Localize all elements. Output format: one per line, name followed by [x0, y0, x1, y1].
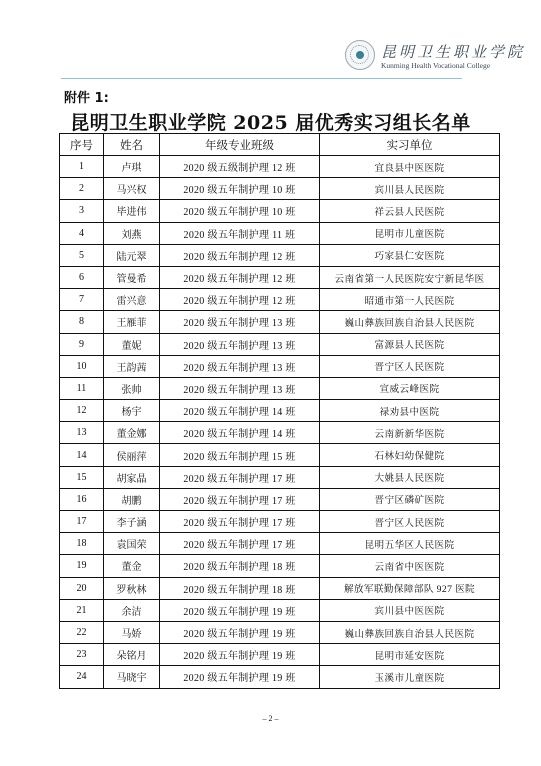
cell-class: 2020 级五年制护理 17 班 — [160, 466, 320, 488]
cell-number: 18 — [60, 533, 104, 555]
cell-unit: 巧家县仁安医院 — [320, 244, 500, 266]
table-row: 18袁国荣2020 级五年制护理 17 班昆明五华区人民医院 — [60, 533, 500, 555]
table-row: 19董金2020 级五年制护理 18 班云南省中医医院 — [60, 555, 500, 577]
cell-number: 17 — [60, 511, 104, 533]
cell-name: 管曼希 — [104, 266, 160, 288]
table-row: 7雷兴意2020 级五年制护理 12 班昭通市第一人民医院 — [60, 289, 500, 311]
table-row: 16胡鹏2020 级五年制护理 17 班晋宁区磷矿医院 — [60, 488, 500, 510]
cell-class: 2020 级五年制护理 17 班 — [160, 488, 320, 510]
cell-name: 王韵茜 — [104, 355, 160, 377]
cell-number: 21 — [60, 599, 104, 621]
cell-unit: 晋宁区人民医院 — [320, 355, 500, 377]
cell-unit: 禄劝县中医院 — [320, 400, 500, 422]
table-row: 10王韵茜2020 级五年制护理 13 班晋宁区人民医院 — [60, 355, 500, 377]
cell-name: 董金 — [104, 555, 160, 577]
cell-number: 8 — [60, 311, 104, 333]
cell-class: 2020 级五年制护理 12 班 — [160, 266, 320, 288]
cell-unit: 宾川县中医医院 — [320, 599, 500, 621]
cell-number: 1 — [60, 156, 104, 178]
table-row: 22马娇2020 级五年制护理 19 班巍山彝族回族自治县人民医院 — [60, 621, 500, 643]
cell-number: 23 — [60, 644, 104, 666]
attachment-label: 附件 1: — [64, 87, 109, 106]
table-row: 4刘燕2020 级五年制护理 11 班昆明市儿童医院 — [60, 222, 500, 244]
cell-number: 4 — [60, 222, 104, 244]
cell-name: 董妮 — [104, 333, 160, 355]
cell-name: 刘燕 — [104, 222, 160, 244]
leader-list-table: 序号 姓名 年级专业班级 实习单位 1卢琪2020 级五级制护理 12 班宜良县… — [59, 133, 500, 689]
cell-unit: 昭通市第一人民医院 — [320, 289, 500, 311]
cell-name: 侯丽萍 — [104, 444, 160, 466]
cell-unit: 昆明市延安医院 — [320, 644, 500, 666]
cell-name: 卢琪 — [104, 156, 160, 178]
table-row: 21余洁2020 级五年制护理 19 班宾川县中医医院 — [60, 599, 500, 621]
cell-name: 朵铭月 — [104, 644, 160, 666]
cell-name: 张帅 — [104, 377, 160, 399]
cell-number: 3 — [60, 200, 104, 222]
table-row: 23朵铭月2020 级五年制护理 19 班昆明市延安医院 — [60, 644, 500, 666]
cell-unit: 晋宁区人民医院 — [320, 511, 500, 533]
cell-name: 毕进伟 — [104, 200, 160, 222]
cell-unit: 巍山彝族回族自治县人民医院 — [320, 311, 500, 333]
cell-name: 胡鹏 — [104, 488, 160, 510]
college-logo: 昆明卫生职业学院 Kunming Health Vocational Colle… — [345, 40, 535, 76]
cell-number: 7 — [60, 289, 104, 311]
cell-unit: 云南省第一人民医院安宁新昆华医 — [320, 266, 500, 288]
cell-name: 马兴权 — [104, 178, 160, 200]
cell-number: 10 — [60, 355, 104, 377]
cell-name: 马晓宇 — [104, 666, 160, 688]
cell-unit: 祥云县人民医院 — [320, 200, 500, 222]
cell-class: 2020 级五年制护理 18 班 — [160, 577, 320, 599]
cell-name: 胡家晶 — [104, 466, 160, 488]
cell-number: 2 — [60, 178, 104, 200]
cell-unit: 晋宁区磷矿医院 — [320, 488, 500, 510]
table-row: 20罗秋林2020 级五年制护理 18 班解放军联勤保障部队 927 医院 — [60, 577, 500, 599]
cell-class: 2020 级五年制护理 19 班 — [160, 666, 320, 688]
cell-number: 15 — [60, 466, 104, 488]
cell-class: 2020 级五年制护理 17 班 — [160, 533, 320, 555]
cell-number: 5 — [60, 244, 104, 266]
column-header-number: 序号 — [60, 134, 104, 156]
cell-unit: 宜良县中医医院 — [320, 156, 500, 178]
table-row: 6管曼希2020 级五年制护理 12 班云南省第一人民医院安宁新昆华医 — [60, 266, 500, 288]
cell-name: 李子涵 — [104, 511, 160, 533]
cell-name: 余洁 — [104, 599, 160, 621]
page-number: – 2 – — [0, 714, 541, 723]
cell-unit: 云南新新华医院 — [320, 422, 500, 444]
cell-class: 2020 级五年制护理 12 班 — [160, 244, 320, 266]
cell-class: 2020 级五年制护理 11 班 — [160, 222, 320, 244]
table-row: 17李子涵2020 级五年制护理 17 班晋宁区人民医院 — [60, 511, 500, 533]
cell-class: 2020 级五年制护理 13 班 — [160, 311, 320, 333]
column-header-name: 姓名 — [104, 134, 160, 156]
cell-unit: 云南省中医医院 — [320, 555, 500, 577]
cell-number: 11 — [60, 377, 104, 399]
document-title: 昆明卫生职业学院 2025 届优秀实习组长名单 — [0, 108, 541, 135]
cell-class: 2020 级五年制护理 10 班 — [160, 200, 320, 222]
cell-unit: 昆明五华区人民医院 — [320, 533, 500, 555]
cell-class: 2020 级五年制护理 15 班 — [160, 444, 320, 466]
table-row: 1卢琪2020 级五级制护理 12 班宜良县中医医院 — [60, 156, 500, 178]
table-header-row: 序号 姓名 年级专业班级 实习单位 — [60, 134, 500, 156]
table-row: 13董金娜2020 级五年制护理 14 班云南新新华医院 — [60, 422, 500, 444]
cell-class: 2020 级五年制护理 13 班 — [160, 333, 320, 355]
table-row: 9董妮2020 级五年制护理 13 班富源县人民医院 — [60, 333, 500, 355]
cell-class: 2020 级五年制护理 19 班 — [160, 621, 320, 643]
header-divider — [61, 78, 462, 79]
cell-class: 2020 级五级制护理 12 班 — [160, 156, 320, 178]
table-row: 14侯丽萍2020 级五年制护理 15 班石林妇幼保健院 — [60, 444, 500, 466]
table-row: 24马晓宇2020 级五年制护理 19 班玉溪市儿童医院 — [60, 666, 500, 688]
cell-name: 王雁菲 — [104, 311, 160, 333]
cell-class: 2020 级五年制护理 10 班 — [160, 178, 320, 200]
cell-unit: 石林妇幼保健院 — [320, 444, 500, 466]
table-row: 15胡家晶2020 级五年制护理 17 班大姚县人民医院 — [60, 466, 500, 488]
college-name-cn: 昆明卫生职业学院 — [381, 41, 525, 62]
table-row: 2马兴权2020 级五年制护理 10 班宾川县人民医院 — [60, 178, 500, 200]
cell-unit: 玉溪市儿童医院 — [320, 666, 500, 688]
cell-number: 14 — [60, 444, 104, 466]
cell-name: 罗秋林 — [104, 577, 160, 599]
college-seal-icon — [345, 40, 375, 70]
cell-class: 2020 级五年制护理 12 班 — [160, 289, 320, 311]
cell-unit: 宣威云峰医院 — [320, 377, 500, 399]
cell-number: 22 — [60, 621, 104, 643]
cell-number: 9 — [60, 333, 104, 355]
cell-class: 2020 级五年制护理 18 班 — [160, 555, 320, 577]
cell-name: 陆元翠 — [104, 244, 160, 266]
column-header-unit: 实习单位 — [320, 134, 500, 156]
cell-class: 2020 级五年制护理 13 班 — [160, 377, 320, 399]
table-row: 8王雁菲2020 级五年制护理 13 班巍山彝族回族自治县人民医院 — [60, 311, 500, 333]
cell-number: 6 — [60, 266, 104, 288]
cell-unit: 巍山彝族回族自治县人民医院 — [320, 621, 500, 643]
college-name-en: Kunming Health Vocational College — [381, 61, 490, 70]
cell-class: 2020 级五年制护理 14 班 — [160, 400, 320, 422]
cell-name: 杨宇 — [104, 400, 160, 422]
table-row: 5陆元翠2020 级五年制护理 12 班巧家县仁安医院 — [60, 244, 500, 266]
cell-class: 2020 级五年制护理 19 班 — [160, 644, 320, 666]
cell-unit: 昆明市儿童医院 — [320, 222, 500, 244]
table-row: 3毕进伟2020 级五年制护理 10 班祥云县人民医院 — [60, 200, 500, 222]
cell-unit: 解放军联勤保障部队 927 医院 — [320, 577, 500, 599]
cell-name: 马娇 — [104, 621, 160, 643]
cell-unit: 宾川县人民医院 — [320, 178, 500, 200]
cell-class: 2020 级五年制护理 17 班 — [160, 511, 320, 533]
cell-number: 13 — [60, 422, 104, 444]
cell-unit: 大姚县人民医院 — [320, 466, 500, 488]
cell-number: 16 — [60, 488, 104, 510]
cell-unit: 富源县人民医院 — [320, 333, 500, 355]
cell-name: 雷兴意 — [104, 289, 160, 311]
cell-class: 2020 级五年制护理 13 班 — [160, 355, 320, 377]
column-header-class: 年级专业班级 — [160, 134, 320, 156]
cell-class: 2020 级五年制护理 14 班 — [160, 422, 320, 444]
cell-name: 董金娜 — [104, 422, 160, 444]
cell-number: 20 — [60, 577, 104, 599]
cell-class: 2020 级五年制护理 19 班 — [160, 599, 320, 621]
cell-number: 12 — [60, 400, 104, 422]
cell-number: 19 — [60, 555, 104, 577]
cell-number: 24 — [60, 666, 104, 688]
cell-name: 袁国荣 — [104, 533, 160, 555]
table-row: 12杨宇2020 级五年制护理 14 班禄劝县中医院 — [60, 400, 500, 422]
table-row: 11张帅2020 级五年制护理 13 班宣威云峰医院 — [60, 377, 500, 399]
